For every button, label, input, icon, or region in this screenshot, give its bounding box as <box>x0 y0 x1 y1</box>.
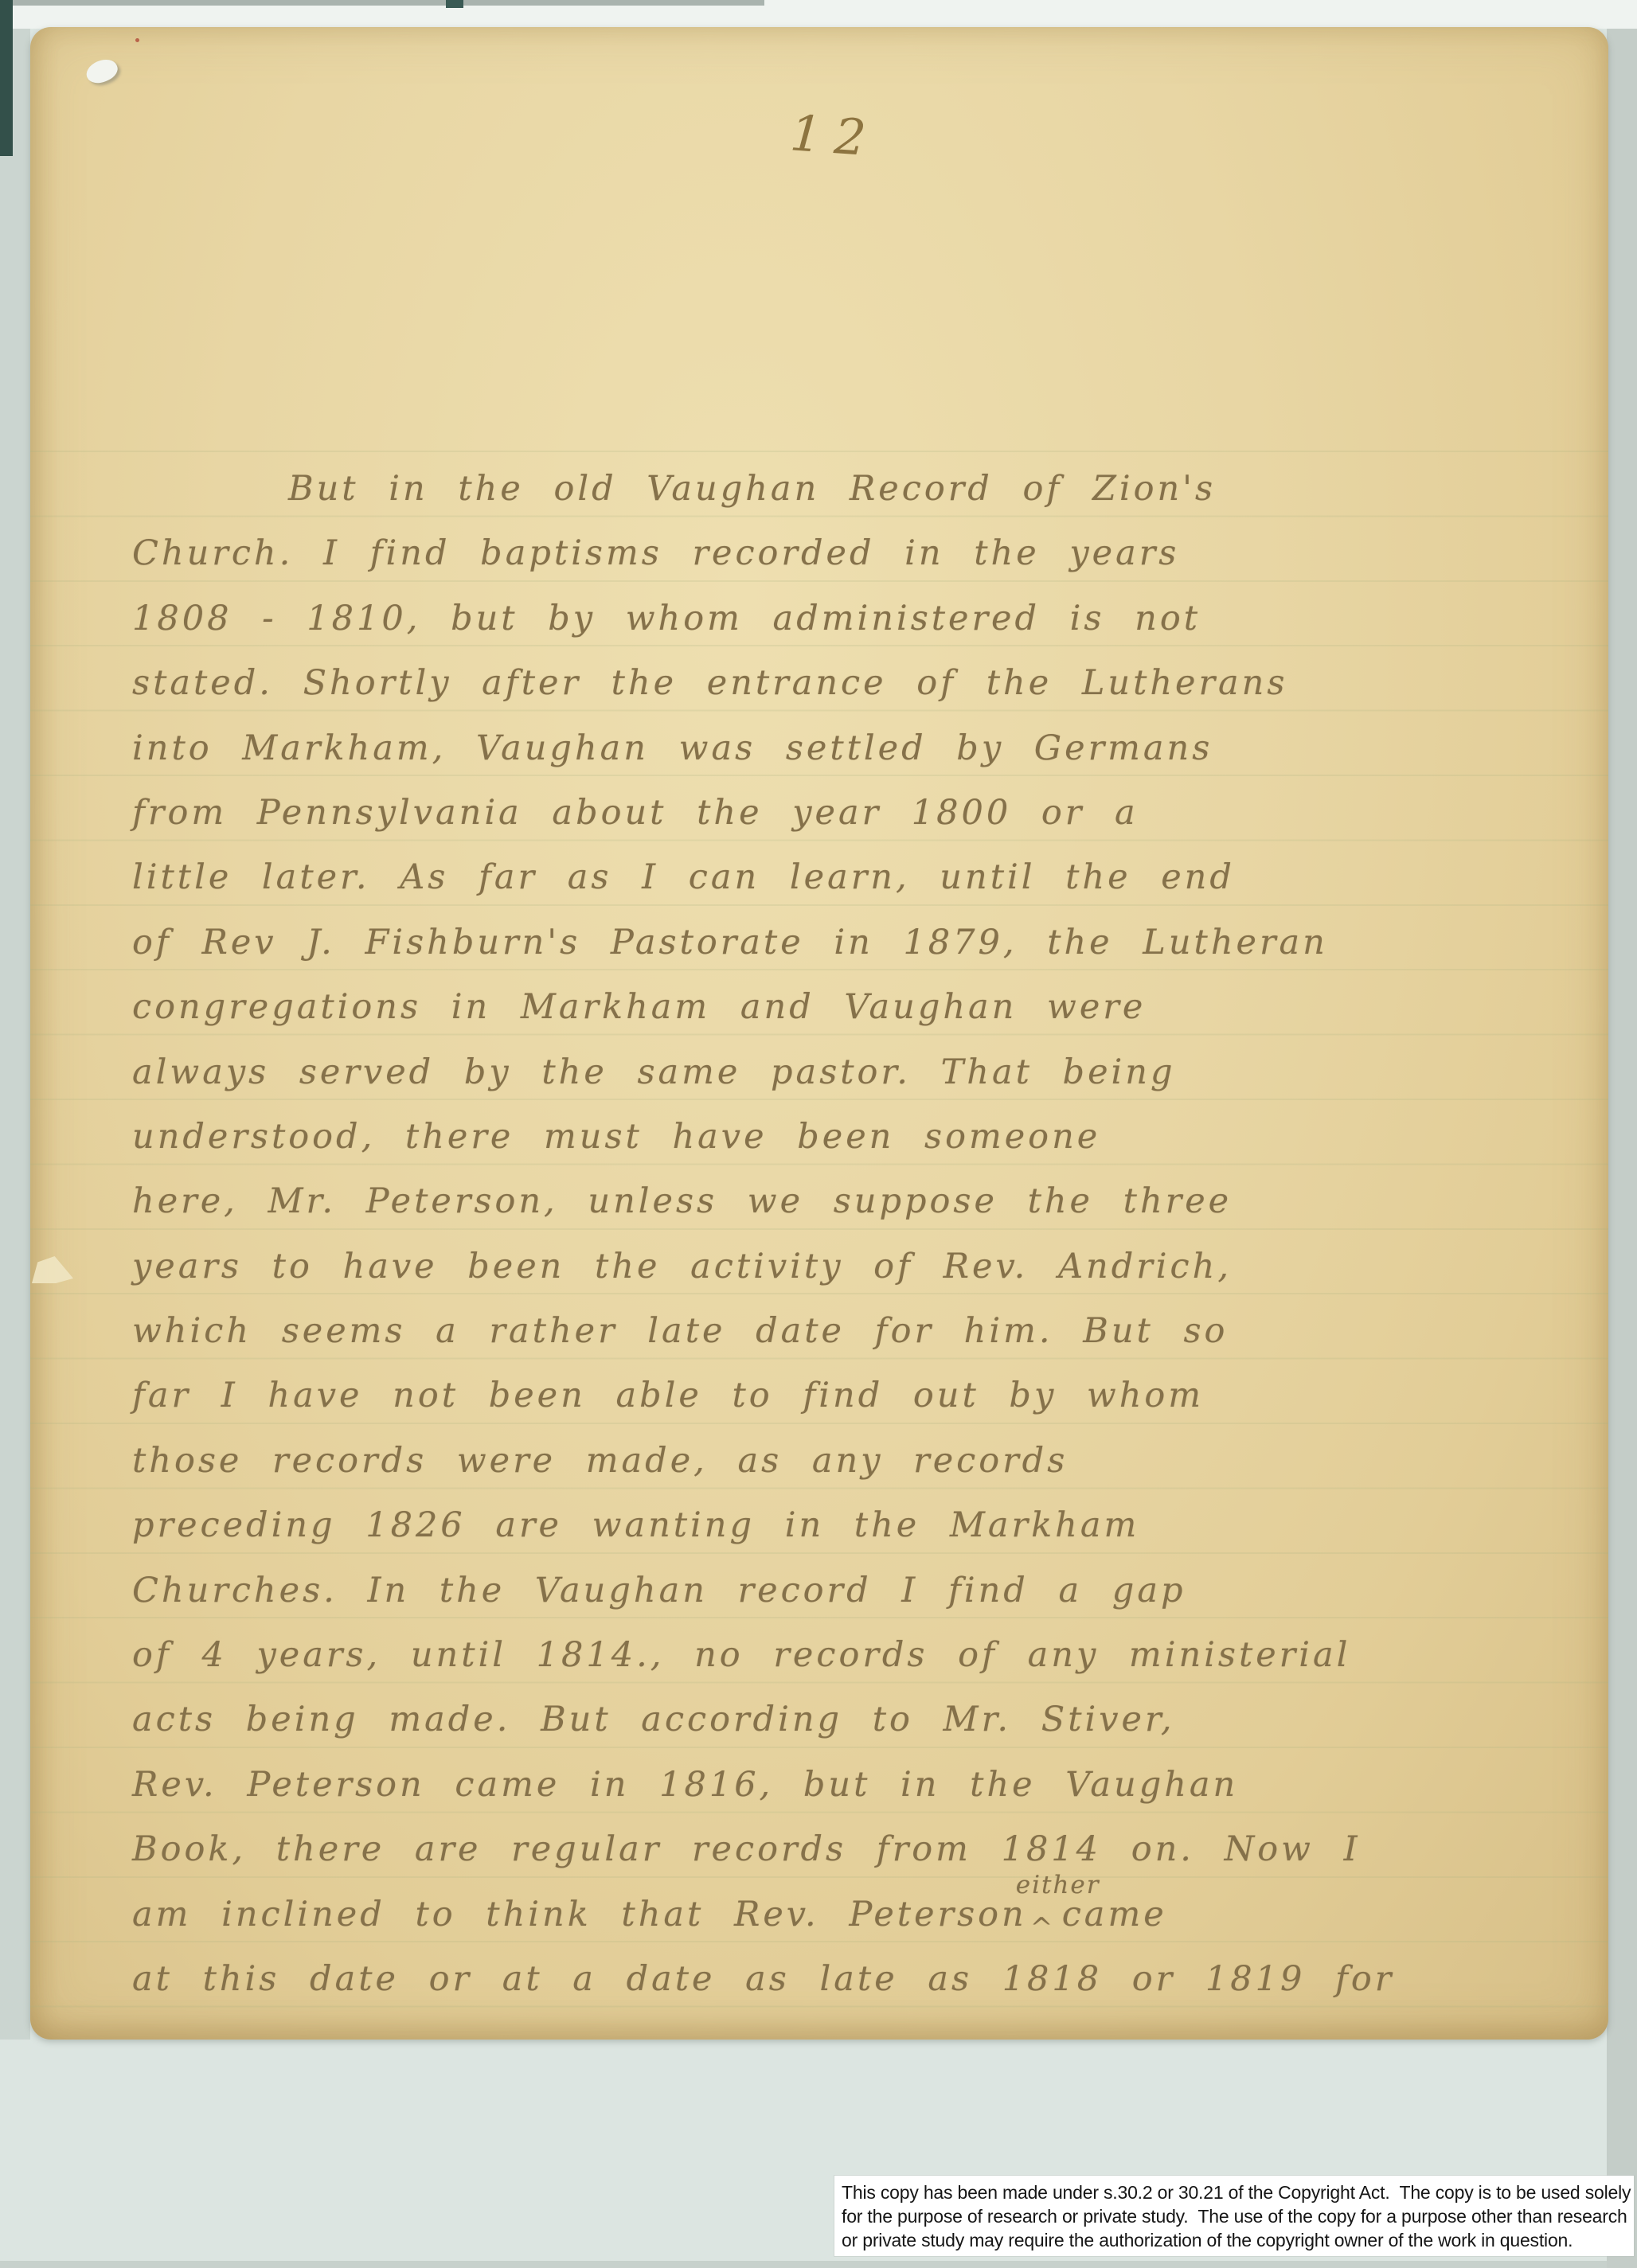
manuscript-line: congregations in Markham and Vaughan wer… <box>132 975 1605 1040</box>
scanner-edge-notch <box>446 0 463 8</box>
manuscript-line: of Rev J. Fishburn's Pastorate in 1879, … <box>132 911 1605 975</box>
manuscript-line-text: am inclined to think that Rev. Peterson <box>132 1895 1027 1934</box>
manuscript-line: always served by the same pastor. That b… <box>132 1040 1605 1105</box>
manuscript-line: years to have been the activity of Rev. … <box>132 1235 1605 1299</box>
manuscript-line: stated. Shortly after the entrance of th… <box>132 651 1605 716</box>
copyright-stamp: This copy has been made under s.30.2 or … <box>834 2176 1634 2256</box>
manuscript-line: here, Mr. Peterson, unless we suppose th… <box>132 1169 1605 1234</box>
manuscript-line: Book, there are regular records from 181… <box>132 1817 1605 1882</box>
paper-chip-damage <box>83 55 121 88</box>
copyright-stamp-line: This copy has been made under s.30.2 or … <box>842 2180 1627 2204</box>
copyright-stamp-line: for the purpose of research or private s… <box>842 2204 1627 2228</box>
ink-speck <box>135 38 139 42</box>
manuscript-line: from Pennsylvania about the year 1800 or… <box>132 781 1605 845</box>
manuscript-line: acts being made. But according to Mr. St… <box>132 1688 1605 1752</box>
scanner-backing-right <box>1607 0 1637 2268</box>
insertion-word: either <box>1016 1873 1100 1898</box>
manuscript-line: into Markham, Vaughan was settled by Ger… <box>132 716 1605 781</box>
manuscript-line: 1808 - 1810, but by whom administered is… <box>132 587 1605 651</box>
page-number: 12 <box>745 100 924 170</box>
manuscript-line: But in the old Vaughan Record of Zion's <box>132 457 1605 521</box>
manuscript-page: 12 But in the old Vaughan Record of Zion… <box>30 27 1608 2040</box>
manuscript-line: little later. As far as I can learn, unt… <box>132 845 1605 910</box>
paper-tear-damage <box>32 1256 73 1283</box>
manuscript-line: which seems a rather late date for him. … <box>132 1299 1605 1364</box>
caret-icon: ^ <box>1030 1915 1057 1942</box>
scanner-edge-top <box>0 0 764 6</box>
scanner-backing-left <box>0 0 30 2268</box>
manuscript-line-text: came <box>1062 1895 1167 1934</box>
manuscript-line: of 4 years, until 1814., no records of a… <box>132 1623 1605 1688</box>
handwriting-block: But in the old Vaughan Record of Zion'sC… <box>132 457 1605 2012</box>
manuscript-line: Churches. In the Vaughan record I find a… <box>132 1559 1605 1623</box>
manuscript-line: Church. I find baptisms recorded in the … <box>132 521 1605 586</box>
copyright-stamp-line: or private study may require the authori… <box>842 2228 1627 2252</box>
manuscript-line: understood, there must have been someone <box>132 1105 1605 1169</box>
scanner-edge-bottom <box>0 2261 1637 2268</box>
manuscript-line: at this date or at a date as late as 181… <box>132 1947 1605 2012</box>
manuscript-line: those records were made, as any records <box>132 1429 1605 1493</box>
scanned-document: 12 But in the old Vaughan Record of Zion… <box>0 0 1637 2268</box>
manuscript-line: Rev. Peterson came in 1816, but in the V… <box>132 1753 1605 1817</box>
manuscript-line: far I have not been able to find out by … <box>132 1364 1605 1428</box>
scanner-corner-shadow <box>0 0 13 156</box>
manuscript-line: preceding 1826 are wanting in the Markha… <box>132 1493 1605 1558</box>
manuscript-line: am inclined to think that Rev. Petersone… <box>132 1883 1605 1947</box>
